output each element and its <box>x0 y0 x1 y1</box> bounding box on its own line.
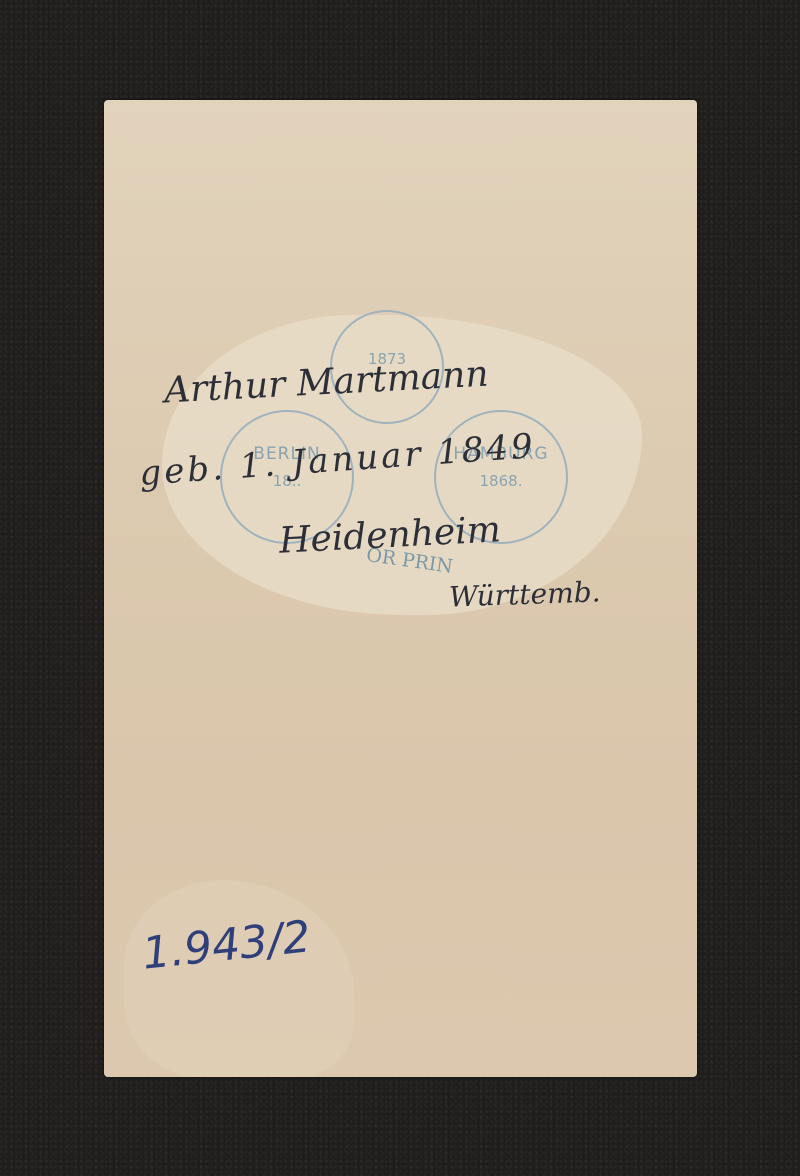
stamp-year: 1868. <box>436 472 566 490</box>
photo-card-back: 1873 BERLIN 18.. HAMBURG 1868. OR PRIN A… <box>104 100 697 1077</box>
handwritten-region: Württemb. <box>448 575 601 613</box>
torn-paper-area-lower <box>124 880 354 1077</box>
